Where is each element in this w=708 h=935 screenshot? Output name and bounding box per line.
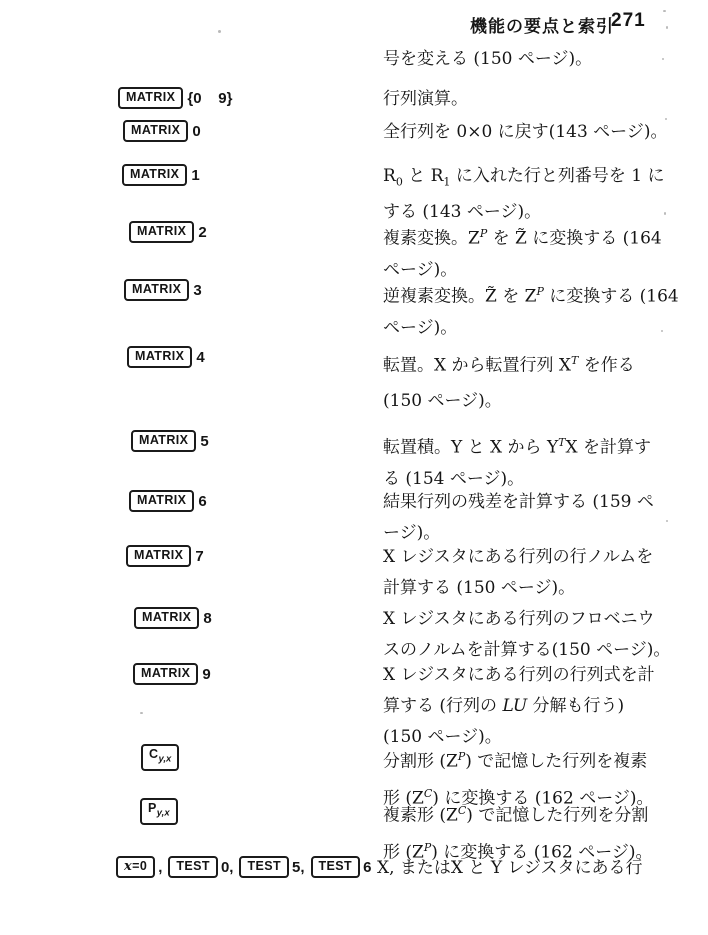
x-equals-zero-key: x=0 [116,856,155,878]
key-argument: 6 [198,493,206,510]
matrix-key: MATRIX [133,663,198,685]
key-group: MATRIX6 [129,490,207,512]
key-argument: 5, [292,859,305,876]
matrix-key: MATRIX [127,346,192,368]
function-description: 結果行列の残差を計算する (159 ペ ージ)。 [383,487,705,549]
matrix-key: MATRIX [123,120,188,142]
key-argument: 0 [192,123,200,140]
key-group: MATRIX0 [123,120,201,142]
key-argument: 0, [221,859,234,876]
matrix-key: MATRIX [126,545,191,567]
function-description: 全行列を 0×0 に戻す(143 ページ)。 [383,117,705,148]
key-argument: 7 [195,548,203,565]
matrix-key: MATRIX [129,221,194,243]
function-description: X レジスタにある行列の行列式を計 算する (行列の LU 分解も行う) (15… [383,660,705,753]
scan-artifact [140,712,143,714]
scan-artifact [663,10,666,12]
cyx-key: Cy,x [141,744,179,771]
key-group: Cy,x [141,744,183,771]
test-key: TEST [311,856,361,878]
key-group: MATRIX4 [127,346,205,368]
carryover-text: 号を変える (150 ページ)。 [383,44,592,75]
scan-artifact [662,58,664,60]
key-argument: 3 [193,282,201,299]
test-key: TEST [168,856,218,878]
matrix-key: MATRIX [131,430,196,452]
key-argument: 2 [198,224,206,241]
function-description: X レジスタにある行列の行ノルムを 計算する (150 ページ)。 [383,542,705,604]
key-argument: 9 [202,666,210,683]
key-group: MATRIX5 [131,430,209,452]
scan-artifact [218,30,221,33]
key-argument: 8 [203,610,211,627]
key-group: MATRIX9 [133,663,211,685]
key-argument: {0 9} [187,90,232,107]
function-description: 転置。X から転置行列 XT を作る (150 ページ)。 [383,343,705,419]
pyx-key: Py,x [140,798,178,825]
key-group: x=0,TEST0,TEST5,TEST6 [116,856,377,878]
key-group: MATRIX3 [124,279,202,301]
key-argument: 1 [191,167,199,184]
matrix-key: MATRIX [122,164,187,186]
function-description: 逆複素変換。Z̃ を ZP に変換する (164 ページ)。 [383,276,705,344]
matrix-key: MATRIX [134,607,199,629]
page-number: 271 [611,10,646,32]
key-argument: 5 [200,433,208,450]
test-key: TEST [239,856,289,878]
scan-artifact [661,330,663,332]
function-description: X, またはX と Y レジスタにある行 [377,853,699,884]
function-description: 転置積。Y と X から YTX を計算す る (154 ページ)。 [383,427,705,495]
manual-page: 機能の要点と索引 271 号を変える (150 ページ)。 MATRIX{0 9… [0,0,708,935]
function-description: X レジスタにある行列のフロベニウ スのノルムを計算する(150 ページ)。 [383,604,705,666]
matrix-key: MATRIX [129,490,194,512]
key-separator: , [158,859,162,876]
key-group: MATRIX2 [129,221,207,243]
scan-artifact [665,118,667,120]
matrix-key: MATRIX [118,87,183,109]
scan-artifact [664,212,666,215]
key-argument: 4 [196,349,204,366]
scan-artifact [666,520,668,522]
key-group: MATRIX8 [134,607,212,629]
key-group: MATRIX7 [126,545,204,567]
key-group: Py,x [140,798,182,825]
function-description: 行列演算。 [383,84,705,115]
scan-artifact [666,26,668,29]
matrix-key: MATRIX [124,279,189,301]
key-argument: 6 [363,859,371,876]
key-group: MATRIX{0 9} [118,87,232,109]
key-group: MATRIX1 [122,164,200,186]
page-header-title: 機能の要点と索引 [470,12,614,37]
